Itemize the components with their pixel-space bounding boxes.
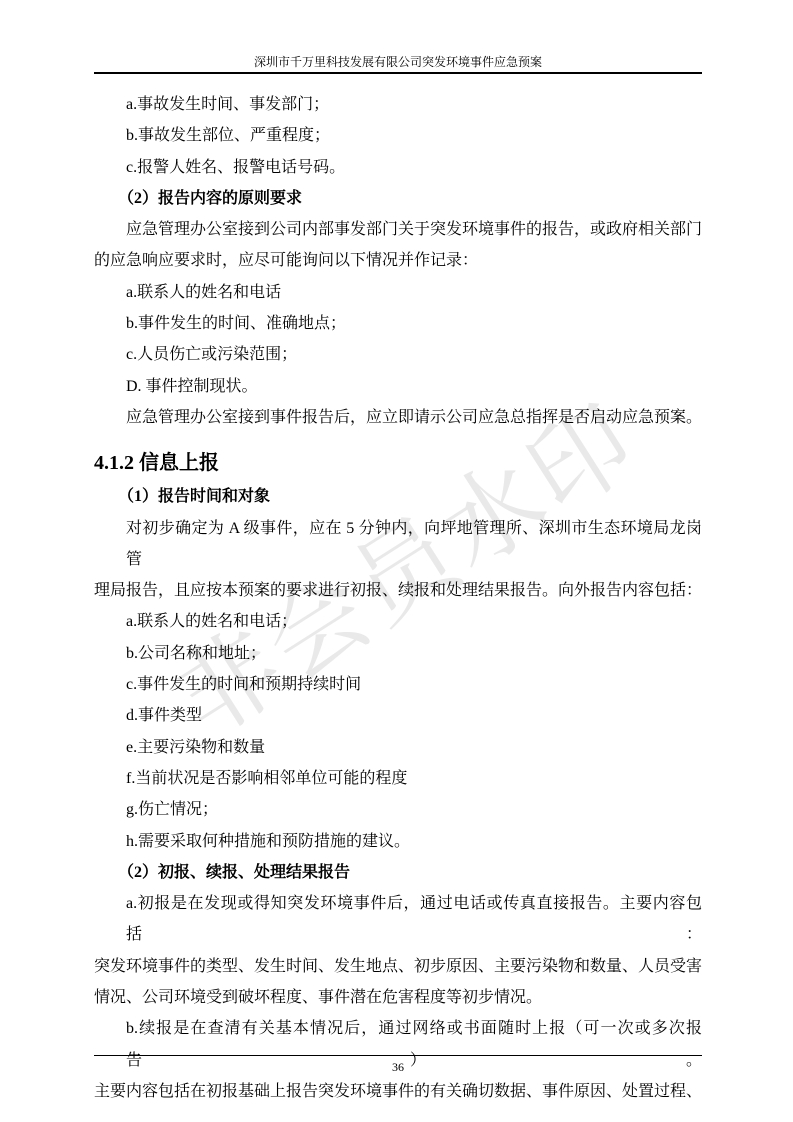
sub-heading: （1）报告时间和对象 — [94, 481, 702, 512]
text-line: b.公司名称和地址； — [94, 638, 702, 669]
sub-heading: （2）初报、续报、处理结果报告 — [94, 857, 702, 888]
sub-heading: （2）报告内容的原则要求 — [94, 183, 702, 214]
text-line: b.事件发生的时间、准确地点； — [94, 308, 702, 339]
header-title: 深圳市千万里科技发展有限公司突发环境事件应急预案 — [94, 54, 702, 70]
text-line: a.联系人的姓名和电话 — [94, 277, 702, 308]
text-line: 突发环境事件的类型、发生时间、发生地点、初步原因、主要污染物和数量、人员受害 — [94, 951, 702, 982]
section-heading: 4.1.2 信息上报 — [94, 445, 702, 481]
text-line: a.联系人的姓名和电话； — [94, 606, 702, 637]
text-line: g.伤亡情况； — [94, 794, 702, 825]
text-line: 应急管理办公室接到公司内部事发部门关于突发环境事件的报告，或政府相关部门 — [94, 214, 702, 245]
text-line: D. 事件控制现状。 — [94, 371, 702, 402]
text-line: 应急管理办公室接到事件报告后，应立即请示公司应急总指挥是否启动应急预案。 — [94, 402, 702, 433]
text-line: a.事故发生时间、事发部门； — [94, 89, 702, 120]
text-line: h.需要采取何种措施和预防措施的建议。 — [94, 826, 702, 857]
text-line: 对初步确定为 A 级事件，应在 5 分钟内，向坪地管理所、深圳市生态环境局龙岗管 — [94, 513, 702, 576]
page-number: 36 — [94, 1060, 702, 1074]
document-page: 非会员水印 深圳市千万里科技发展有限公司突发环境事件应急预案 a.事故发生时间、… — [0, 0, 793, 1122]
text-line: c.事件发生的时间和预期持续时间 — [94, 669, 702, 700]
text-line: 的应急响应要求时，应尽可能询问以下情况并作记录： — [94, 245, 702, 276]
text-line: a.初报是在发现或得知突发环境事件后，通过电话或传真直接报告。主要内容包括： — [94, 888, 702, 951]
page-body: a.事故发生时间、事发部门；b.事故发生部位、严重程度；c.报警人姓名、报警电话… — [94, 89, 702, 1107]
text-line: e.主要污染物和数量 — [94, 732, 702, 763]
text-line: c.报警人姓名、报警电话号码。 — [94, 152, 702, 183]
text-line: c.人员伤亡或污染范围； — [94, 339, 702, 370]
text-line: 情况、公司环境受到破坏程度、事件潜在危害程度等初步情况。 — [94, 982, 702, 1013]
text-line: 主要内容包括在初报基础上报告突发环境事件的有关确切数据、事件原因、处置过程、 — [94, 1076, 702, 1107]
text-line: f.当前状况是否影响相邻单位可能的程度 — [94, 763, 702, 794]
page-header: 深圳市千万里科技发展有限公司突发环境事件应急预案 — [94, 54, 702, 74]
text-line: d.事件类型 — [94, 700, 702, 731]
text-line: 理局报告，且应按本预案的要求进行初报、续报和处理结果报告。向外报告内容包括： — [94, 575, 702, 606]
page-footer: 36 — [94, 1055, 702, 1074]
text-line: b.事故发生部位、严重程度； — [94, 120, 702, 151]
